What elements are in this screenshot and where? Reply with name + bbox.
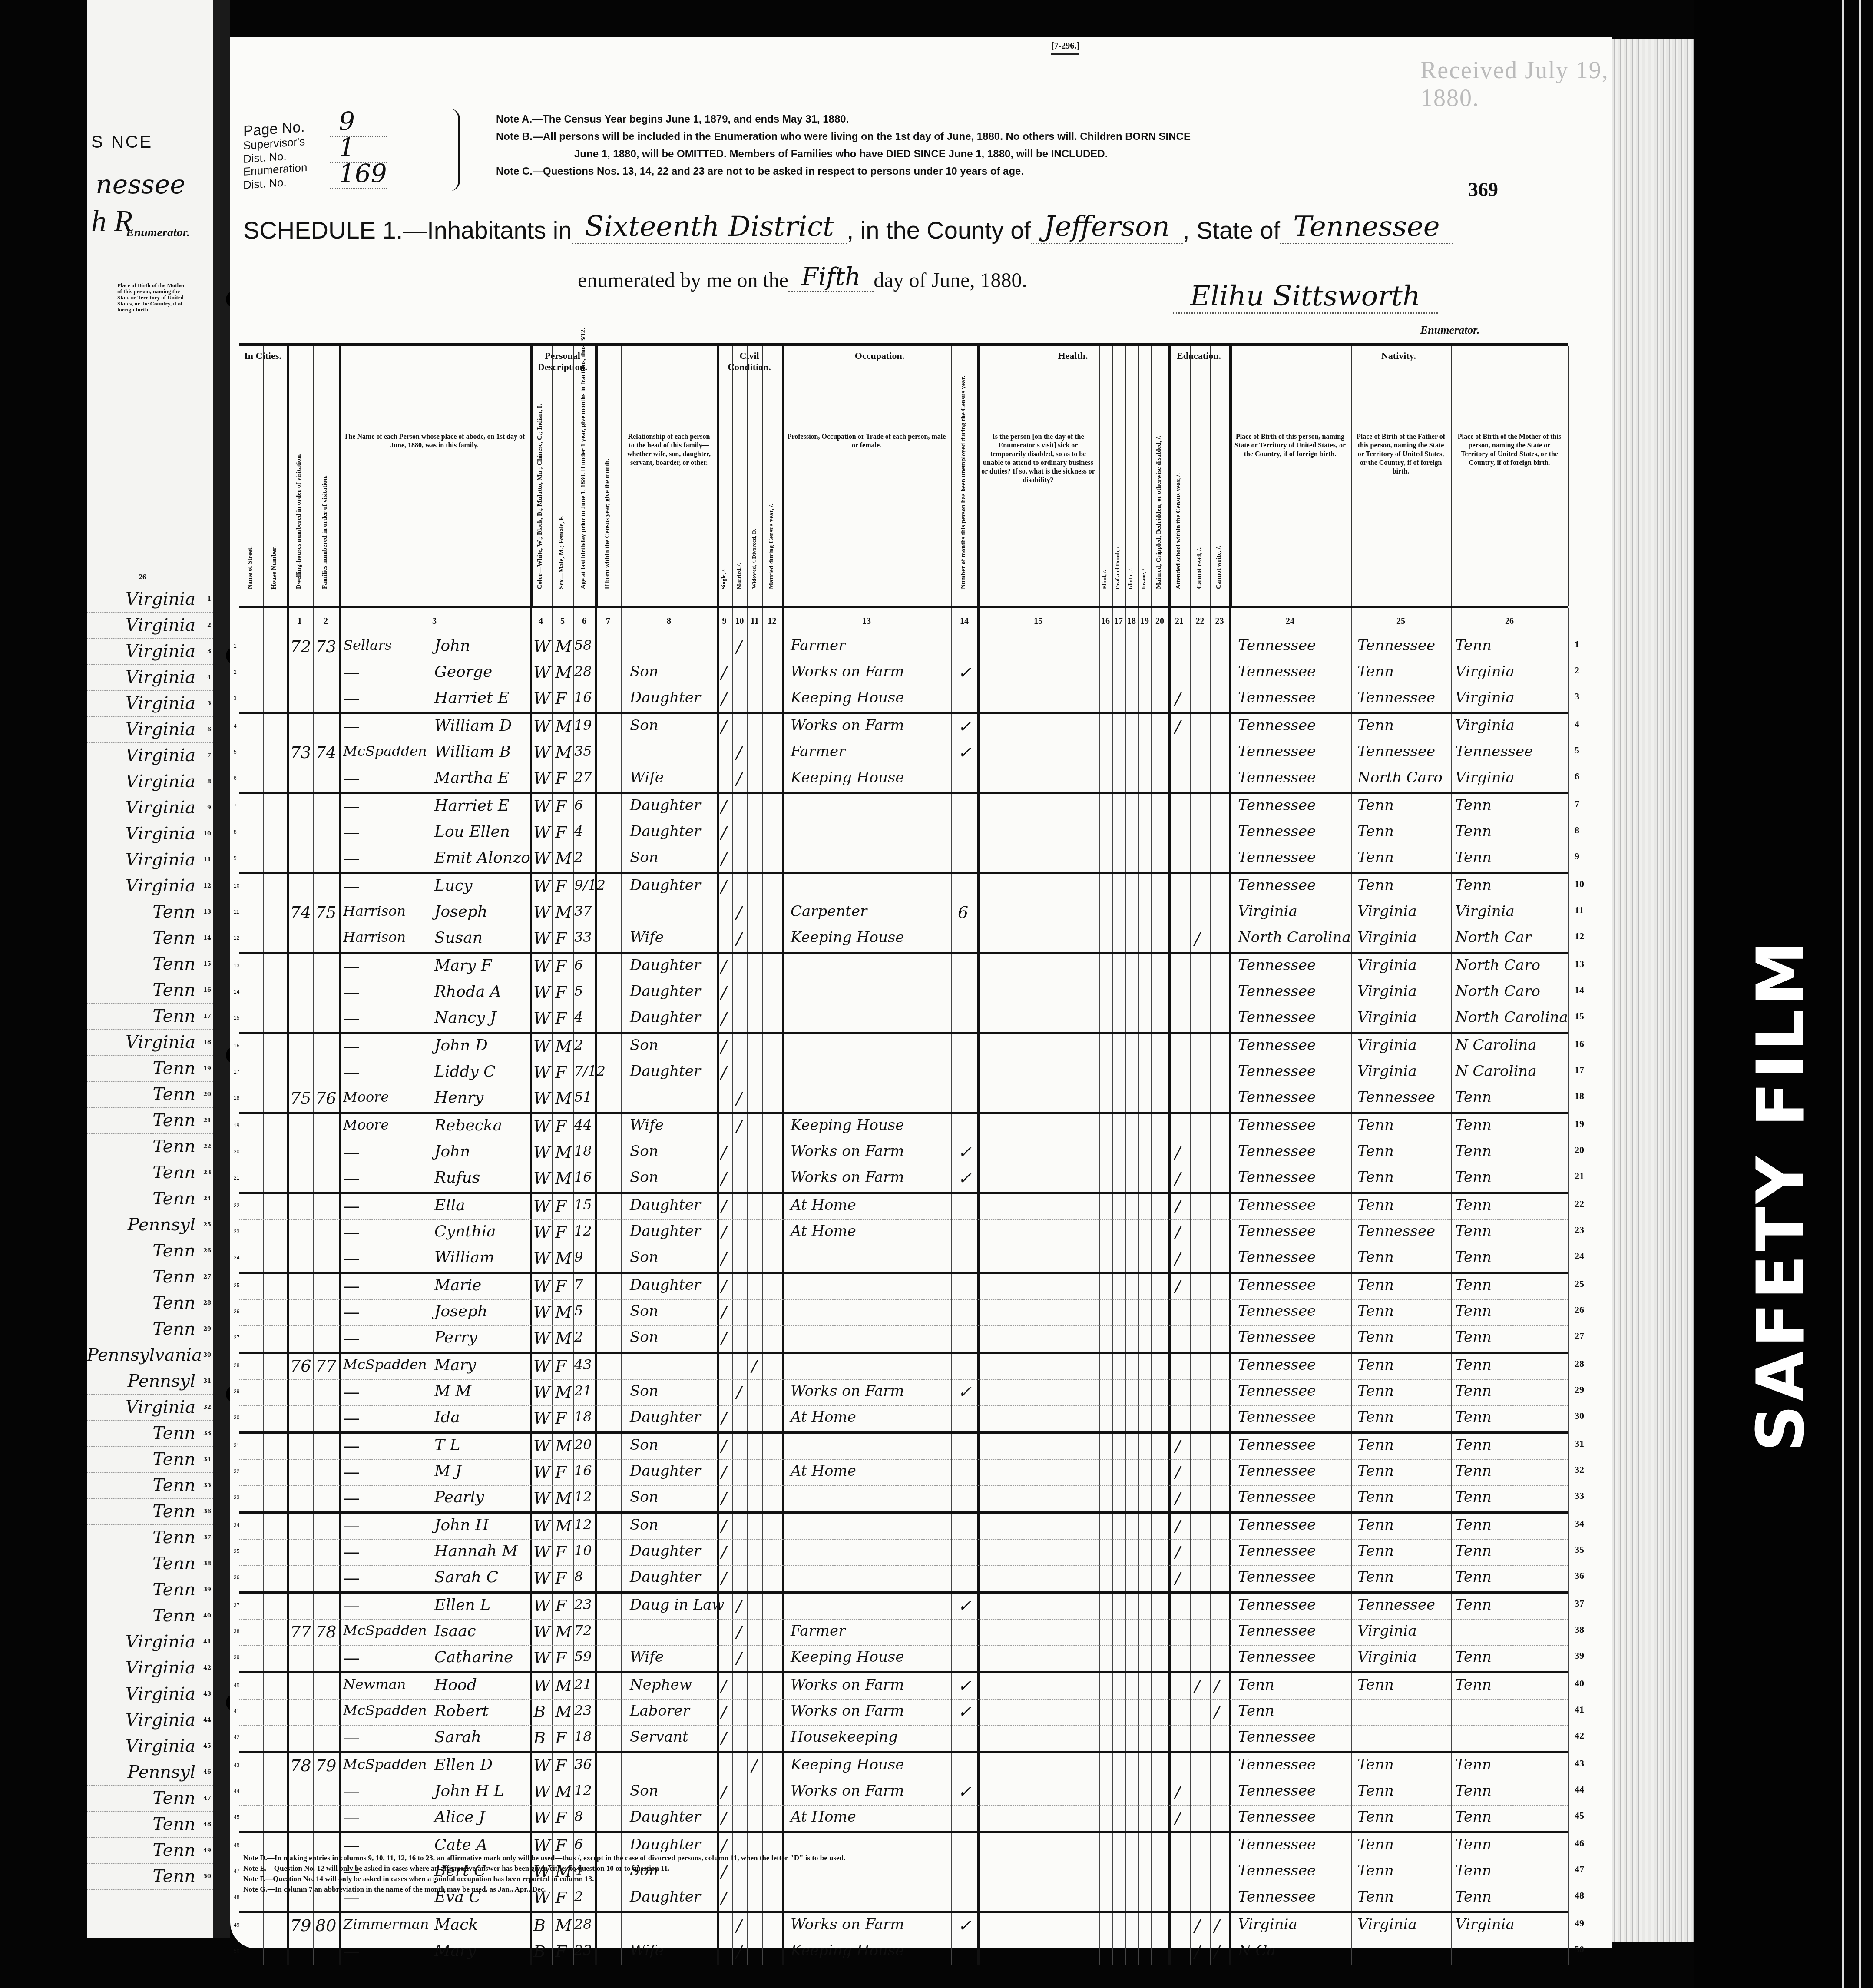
- strip-mother-birthplace: Virginia: [126, 1710, 195, 1730]
- mother-birthplace: Tenn: [1455, 1436, 1492, 1454]
- column-number: 25: [1392, 616, 1410, 626]
- strip-row: Virginia12: [87, 873, 213, 899]
- table-row: 38387778McSpaddenIsaacWM72/FarmerTenness…: [239, 1620, 1568, 1646]
- birthplace: Tennessee: [1238, 1302, 1316, 1320]
- strip-mother-birthplace: Virginia: [126, 824, 195, 844]
- father-birthplace: Tenn: [1357, 1143, 1394, 1160]
- enumerated-suffix: day of June, 1880.: [874, 268, 1027, 292]
- birthplace: Tennessee: [1238, 1356, 1316, 1374]
- table-row: 4242—SarahBF18Servant/HousekeepingTennes…: [239, 1726, 1568, 1753]
- color: W: [533, 957, 550, 976]
- relationship: Son: [630, 1302, 659, 1320]
- dwelling-number: 75: [290, 1089, 311, 1108]
- strip-mother-birthplace: Tenn: [152, 1788, 195, 1808]
- mother-birthplace: North Caro: [1455, 983, 1540, 1000]
- column-header-text: Married, /.: [735, 563, 742, 589]
- table-row: 117273SellarsJohnWM58/FarmerTennesseeTen…: [239, 634, 1568, 660]
- row-number: 44: [234, 1788, 239, 1794]
- strip-row-number: 26: [203, 1238, 211, 1264]
- table-row: 3636—Sarah CWF8Daughter//TennesseeTennTe…: [239, 1566, 1568, 1594]
- father-birthplace: Tennessee: [1357, 1089, 1435, 1106]
- strip-row: Virginia4: [87, 665, 213, 691]
- given-name: Harriet E: [434, 797, 509, 815]
- relationship: Daughter: [630, 1542, 701, 1560]
- age: 23: [574, 1942, 592, 1958]
- strip-row-number: 5: [207, 691, 211, 716]
- strip-row-number: 23: [203, 1160, 211, 1186]
- table-row: 3737—Ellen LWF23Daug in Law/✓TennesseeTe…: [239, 1594, 1568, 1620]
- column-header-c14: Number of months this person has been un…: [951, 346, 980, 606]
- relationship: Servant: [630, 1728, 688, 1746]
- strip-mother-birthplace: Virginia: [126, 1032, 195, 1052]
- note-c: Note C.—Questions Nos. 13, 14, 22 and 23…: [496, 163, 1191, 180]
- column-header-text: Blind, /.: [1101, 570, 1108, 589]
- strip-row: Tenn34: [87, 1447, 213, 1473]
- strip-mother-birthplace: Tenn: [152, 1189, 195, 1209]
- row-number-right: 15: [1575, 1011, 1584, 1022]
- mother-birthplace: Tenn: [1455, 1676, 1492, 1693]
- table-row: 88—Lou EllenWF4Daughter/TennesseeTennTen…: [239, 820, 1568, 846]
- column-header-c11: Widowed, /. Divorced, D.11: [747, 346, 763, 606]
- father-birthplace: Tenn: [1357, 1676, 1394, 1693]
- single-mark: /: [721, 663, 727, 682]
- age: 6: [574, 797, 583, 813]
- row-number-right: 25: [1575, 1278, 1584, 1289]
- note-e: Note E.—Question No. 12 will only be ask…: [243, 1863, 845, 1874]
- strip-row: Tenn15: [87, 951, 213, 977]
- dwelling-number: 79: [290, 1916, 311, 1935]
- age: 23: [574, 1596, 592, 1613]
- widowed-mark: /: [751, 1756, 757, 1775]
- family-number: 74: [315, 743, 336, 762]
- age: 12: [574, 1223, 592, 1239]
- mother-birthplace: Tennessee: [1455, 743, 1533, 760]
- strip-mother-birthplace: Tenn: [152, 1293, 195, 1313]
- strip-mother-birthplace: Virginia: [126, 876, 195, 896]
- sex: M: [555, 1037, 572, 1056]
- strip-row-number: 40: [203, 1603, 211, 1629]
- strip-row-number: 11: [203, 847, 211, 873]
- row-number-right: 19: [1575, 1118, 1584, 1130]
- married-mark: /: [736, 1622, 742, 1641]
- father-birthplace: Tenn: [1357, 1329, 1394, 1346]
- single-mark: /: [721, 1462, 727, 1481]
- relationship: Son: [630, 1037, 659, 1054]
- column-header-text: Age at last birthday prior to June 1, 18…: [580, 398, 587, 589]
- age: 21: [574, 1382, 592, 1399]
- row-number: 34: [234, 1522, 239, 1528]
- single-mark: /: [721, 1436, 727, 1455]
- color: W: [533, 1408, 550, 1428]
- father-birthplace: Tenn: [1357, 1542, 1394, 1560]
- table-row: 4040NewmanHoodWM21Nephew/Works on Farm✓/…: [239, 1673, 1568, 1700]
- column-number: 5: [554, 616, 571, 626]
- surname: —: [343, 717, 360, 736]
- single-mark: /: [721, 1276, 727, 1296]
- occupation: Works on Farm: [791, 1782, 904, 1799]
- given-name: William: [434, 1249, 494, 1266]
- strip-row-number: 46: [203, 1759, 211, 1785]
- strip-row: Tenn35: [87, 1473, 213, 1499]
- surname: McSpadden: [343, 1702, 427, 1719]
- father-birthplace: Tennessee: [1357, 743, 1435, 760]
- row-number: 14: [234, 989, 239, 995]
- given-name: George: [434, 663, 492, 681]
- sex: F: [555, 877, 566, 896]
- row-number: 46: [234, 1842, 239, 1848]
- strip-row: Virginia1: [87, 586, 213, 613]
- color: W: [533, 1622, 550, 1641]
- column-header-c4: Color—White, W.; Black, B.; Mulatto, Mu.…: [530, 346, 553, 606]
- column-number: 4: [532, 616, 549, 626]
- row-number: 47: [234, 1868, 239, 1874]
- strip-row-number: 29: [203, 1316, 211, 1342]
- father-birthplace: North Caro: [1357, 769, 1443, 786]
- given-name: Lucy: [434, 877, 473, 895]
- column-header-c25: Place of Birth of the Father of this per…: [1351, 346, 1452, 606]
- grid-line: [1568, 608, 1569, 1965]
- age: 2: [574, 849, 583, 865]
- row-number-right: 32: [1575, 1464, 1584, 1475]
- strip-row-number: 8: [207, 769, 211, 795]
- color: W: [533, 689, 550, 708]
- table-row: 66—Martha EWF27Wife/Keeping HouseTenness…: [239, 766, 1568, 794]
- row-number-right: 17: [1575, 1064, 1584, 1076]
- strip-row-number: 43: [203, 1681, 211, 1707]
- color: W: [533, 823, 550, 842]
- occupation: Works on Farm: [791, 1702, 904, 1720]
- surname: McSpadden: [343, 1622, 427, 1639]
- unemployed-months: ✓: [958, 743, 972, 762]
- relationship: Daughter: [630, 1462, 701, 1480]
- row-number-right: 43: [1575, 1758, 1584, 1769]
- color: W: [533, 1276, 550, 1296]
- given-name: John D: [434, 1037, 488, 1054]
- strip-row-number: 39: [203, 1577, 211, 1603]
- color: B: [533, 1702, 546, 1721]
- color: W: [533, 1117, 550, 1136]
- color: W: [533, 1009, 550, 1028]
- strip-column-header: Place of Birth of the Mother of this per…: [117, 282, 191, 313]
- mother-birthplace: North Caro: [1455, 957, 1540, 974]
- father-birthplace: Tenn: [1357, 1408, 1394, 1426]
- given-name: M M: [434, 1382, 471, 1400]
- row-number-right: 24: [1575, 1250, 1584, 1262]
- birthplace: Tennessee: [1238, 663, 1316, 680]
- column-header-text: Place of Birth of the Mother of this per…: [1454, 433, 1565, 467]
- color: W: [533, 663, 550, 682]
- given-name: Ida: [434, 1408, 460, 1426]
- strip-enumerator-label: Enumerator.: [126, 226, 190, 240]
- age: 23: [574, 1702, 592, 1719]
- row-number: 6: [234, 775, 237, 781]
- strip-row-number: 28: [203, 1290, 211, 1316]
- given-name: Rebecka: [434, 1117, 502, 1134]
- strip-mother-birthplace: Tenn: [152, 902, 195, 922]
- relationship: Daughter: [630, 823, 701, 840]
- relationship: Daughter: [630, 1009, 701, 1026]
- strip-row-number: 45: [203, 1733, 211, 1759]
- table-row: 77—Harriet EWF6Daughter/TennesseeTennTen…: [239, 794, 1568, 820]
- unemployed-months: ✓: [958, 1676, 972, 1695]
- column-header-c10: Married, /.10: [732, 346, 748, 606]
- row-number: 38: [234, 1628, 239, 1634]
- strip-row: Virginia11: [87, 847, 213, 873]
- row-number: 7: [234, 803, 237, 809]
- color: W: [533, 1808, 550, 1827]
- age: 33: [574, 929, 592, 945]
- column-header-text: Married during Census year, /.: [768, 504, 775, 589]
- strip-row: Tenn49: [87, 1838, 213, 1864]
- mother-birthplace: Tenn: [1455, 1356, 1492, 1374]
- strip-row: Tenn20: [87, 1082, 213, 1108]
- strip-mother-birthplace: Virginia: [126, 719, 195, 739]
- birthplace: Tennessee: [1238, 849, 1316, 866]
- surname: —: [343, 849, 360, 868]
- birthplace: Tennessee: [1238, 1436, 1316, 1454]
- given-name: Cynthia: [434, 1223, 496, 1240]
- given-name: Nancy J: [434, 1009, 496, 1027]
- column-header-text: Place of Birth of the Father of this per…: [1354, 433, 1447, 476]
- married-mark: /: [736, 743, 742, 762]
- given-name: John: [434, 637, 470, 655]
- table-row: 43437879McSpaddenEllen DWF36/Keeping Hou…: [239, 1753, 1568, 1779]
- row-number: 49: [234, 1922, 239, 1928]
- strip-row-number: 2: [207, 613, 211, 638]
- unemployed-months: ✓: [958, 1916, 972, 1935]
- father-birthplace: Tenn: [1357, 823, 1394, 840]
- father-birthplace: Tenn: [1357, 1888, 1394, 1905]
- given-name: Perry: [434, 1329, 477, 1346]
- occupation: At Home: [791, 1196, 856, 1214]
- surname: —: [343, 1037, 360, 1056]
- given-name: Ellen L: [434, 1596, 490, 1614]
- age: 18: [574, 1728, 592, 1745]
- row-number-right: 2: [1575, 665, 1579, 676]
- mother-birthplace: North Carolina: [1455, 1009, 1568, 1026]
- color: W: [533, 1169, 550, 1188]
- color: W: [533, 1462, 550, 1481]
- father-birthplace: Tennessee: [1357, 1223, 1435, 1240]
- table-row: 44—William DWM19Son/Works on Farm✓/Tenne…: [239, 714, 1568, 740]
- birthplace: Tennessee: [1238, 1382, 1316, 1400]
- surname: McSpadden: [343, 1356, 427, 1373]
- single-mark: /: [721, 1808, 727, 1827]
- relationship: Daughter: [630, 1223, 701, 1240]
- strip-row-number: 36: [203, 1499, 211, 1524]
- column-number: 26: [1501, 616, 1518, 626]
- sex: M: [555, 849, 572, 868]
- surname: —: [343, 1169, 360, 1188]
- surname: —: [343, 1942, 360, 1961]
- row-number-right: 42: [1575, 1730, 1584, 1741]
- mother-birthplace: Tenn: [1455, 849, 1492, 866]
- color: W: [533, 849, 550, 868]
- married-mark: /: [736, 1942, 742, 1961]
- family-number: 75: [315, 903, 336, 922]
- strip-mother-birthplace: Tenn: [152, 954, 195, 974]
- relationship: Daughter: [630, 1808, 701, 1826]
- row-number: 48: [234, 1894, 239, 1900]
- strip-mother-birthplace: Pennsylvania: [87, 1345, 202, 1365]
- father-birthplace: Virginia: [1357, 1622, 1417, 1640]
- table-row: 1616—John DWM2Son/TennesseeVirginiaN Car…: [239, 1034, 1568, 1060]
- district-info: Page No.9 Supervisor's Dist. No.1 Enumer…: [243, 111, 387, 189]
- table-row: 3232—M JWF16Daughter/At Home/TennesseeTe…: [239, 1460, 1568, 1486]
- strip-row-number: 32: [203, 1395, 211, 1420]
- sex: F: [555, 1568, 566, 1587]
- strip-row: Pennsyl31: [87, 1368, 213, 1395]
- table-row: 1010—LucyWF9/12Daughter/TennesseeTennTen…: [239, 874, 1568, 900]
- given-name: Emit Alonzo: [434, 849, 530, 867]
- sex: M: [555, 1089, 572, 1108]
- birthplace: Tennessee: [1238, 1276, 1316, 1294]
- single-mark: /: [721, 823, 727, 842]
- surname: —: [343, 1516, 360, 1535]
- column-header-text: Profession, Occupation or Trade of each …: [785, 433, 948, 450]
- relationship: Son: [630, 663, 659, 680]
- mother-birthplace: N Carolina: [1455, 1063, 1536, 1080]
- birthplace: Tennessee: [1238, 1249, 1316, 1266]
- row-number: 4: [234, 723, 237, 729]
- occupation: Keeping House: [791, 1756, 904, 1773]
- color: W: [533, 1196, 550, 1216]
- strip-handwriting-state: nessee: [96, 169, 185, 200]
- mother-birthplace: Tenn: [1455, 1782, 1492, 1799]
- birthplace: Tennessee: [1238, 1836, 1316, 1853]
- row-number: 24: [234, 1255, 239, 1261]
- single-mark: /: [721, 1196, 727, 1216]
- sex: M: [555, 1488, 572, 1508]
- county-prefix: , in the County of: [847, 216, 1031, 244]
- strip-column-number: 26: [139, 573, 146, 581]
- birthplace: Tennessee: [1238, 1808, 1316, 1826]
- strip-row: Tenn28: [87, 1290, 213, 1316]
- day-value: Fifth: [788, 263, 874, 292]
- row-number-right: 8: [1575, 825, 1579, 836]
- column-header-text: If born within the Census year, give the…: [604, 459, 611, 589]
- occupation: Works on Farm: [791, 663, 904, 680]
- age: 4: [574, 1009, 583, 1025]
- birthplace: Tennessee: [1238, 1063, 1316, 1080]
- column-header-c12: Married during Census year, /.12: [762, 346, 784, 606]
- strip-row: Tenn29: [87, 1316, 213, 1342]
- color: W: [533, 1648, 550, 1667]
- note-b: Note B.—All persons will be included in …: [496, 128, 1191, 146]
- age: 28: [574, 1916, 592, 1932]
- single-mark: /: [721, 1728, 727, 1747]
- row-number-right: 20: [1575, 1144, 1584, 1156]
- relationship: Son: [630, 1782, 659, 1799]
- row-number: 31: [234, 1442, 239, 1448]
- occupation: Farmer: [791, 743, 845, 760]
- strip-row: Tenn23: [87, 1160, 213, 1186]
- single-mark: /: [721, 1836, 727, 1855]
- note-a: Note A.—The Census Year begins June 1, 1…: [496, 111, 1191, 128]
- sex: M: [555, 1143, 572, 1162]
- table-row: 3333—PearlyWM12Son//TennesseeTennTenn: [239, 1486, 1568, 1514]
- row-number: 50: [234, 1948, 239, 1954]
- strip-row: Virginia8: [87, 769, 213, 795]
- strip-mother-birthplace: Tenn: [152, 1319, 195, 1339]
- relationship: Daughter: [630, 983, 701, 1000]
- row-number-right: 7: [1575, 799, 1579, 810]
- birthplace: Tennessee: [1238, 1223, 1316, 1240]
- relationship: Daughter: [630, 689, 701, 706]
- unemployed-months: ✓: [958, 1382, 972, 1402]
- given-name: Cate A: [434, 1836, 487, 1854]
- strip-row-number: 4: [207, 665, 211, 690]
- row-number-right: 37: [1575, 1598, 1584, 1609]
- row-number-right: 34: [1575, 1518, 1584, 1529]
- table-body: 117273SellarsJohnWM58/FarmerTennesseeTen…: [239, 634, 1568, 1965]
- strip-fragment-text: S NCE: [91, 133, 153, 152]
- color: W: [533, 1542, 550, 1561]
- surname: —: [343, 1302, 360, 1322]
- strip-row: Pennsyl25: [87, 1212, 213, 1238]
- father-birthplace: Virginia: [1357, 983, 1417, 1000]
- age: 8: [574, 1808, 583, 1825]
- strip-row: Virginia3: [87, 639, 213, 665]
- father-birthplace: Virginia: [1357, 1916, 1417, 1933]
- relationship: Daughter: [630, 1836, 701, 1853]
- single-mark: /: [721, 1408, 727, 1428]
- given-name: Henry: [434, 1089, 483, 1107]
- strip-row: Tenn33: [87, 1421, 213, 1447]
- sex: F: [555, 1728, 566, 1747]
- surname: —: [343, 1329, 360, 1348]
- age: 21: [574, 1676, 592, 1693]
- surname: Moore: [343, 1089, 389, 1105]
- safety-film-label: SAFETY FILM: [1729, 673, 1833, 1716]
- mother-birthplace: Virginia: [1455, 1916, 1515, 1933]
- sex: F: [555, 823, 566, 842]
- color: W: [533, 1302, 550, 1322]
- family-number: 79: [315, 1756, 336, 1775]
- father-birthplace: Tenn: [1357, 1756, 1394, 1773]
- relationship: Son: [630, 1436, 659, 1454]
- column-header-c18: Idiotic, /.18: [1125, 346, 1139, 606]
- row-number: 3: [234, 695, 237, 701]
- row-number: 36: [234, 1574, 239, 1580]
- enumerated-prefix: enumerated by me on the: [578, 268, 788, 292]
- single-mark: /: [721, 1568, 727, 1587]
- given-name: Sarah C: [434, 1568, 498, 1586]
- mother-birthplace: North Car: [1455, 929, 1531, 946]
- strip-row-number: 14: [203, 925, 211, 951]
- occupation: Keeping House: [791, 1942, 904, 1959]
- relationship: Wife: [630, 1648, 664, 1666]
- family-number: 73: [315, 637, 336, 656]
- birthplace: Tennessee: [1238, 1862, 1316, 1879]
- sex: M: [555, 1622, 572, 1641]
- enumerator-label: Enumerator.: [1420, 324, 1480, 337]
- row-number: 43: [234, 1762, 239, 1768]
- table-row: 2222—EllaWF15Daughter/At Home/TennesseeT…: [239, 1194, 1568, 1220]
- sex: F: [555, 1117, 566, 1136]
- strip-row-number: 37: [203, 1525, 211, 1551]
- birthplace: Tennessee: [1238, 769, 1316, 786]
- color: W: [533, 717, 550, 736]
- color: W: [533, 903, 550, 922]
- column-number: 20: [1151, 616, 1168, 626]
- table-row: 3030—IdaWF18Daughter/At HomeTennesseeTen…: [239, 1406, 1568, 1434]
- strip-row-number: 18: [203, 1030, 211, 1055]
- table-row: 2424—WilliamWM9Son//TennesseeTennTenn: [239, 1246, 1568, 1274]
- table-row: 1919MooreRebeckaWF44Wife/Keeping HouseTe…: [239, 1114, 1568, 1140]
- strip-mother-birthplace: Tenn: [152, 1527, 195, 1547]
- color: W: [533, 637, 550, 656]
